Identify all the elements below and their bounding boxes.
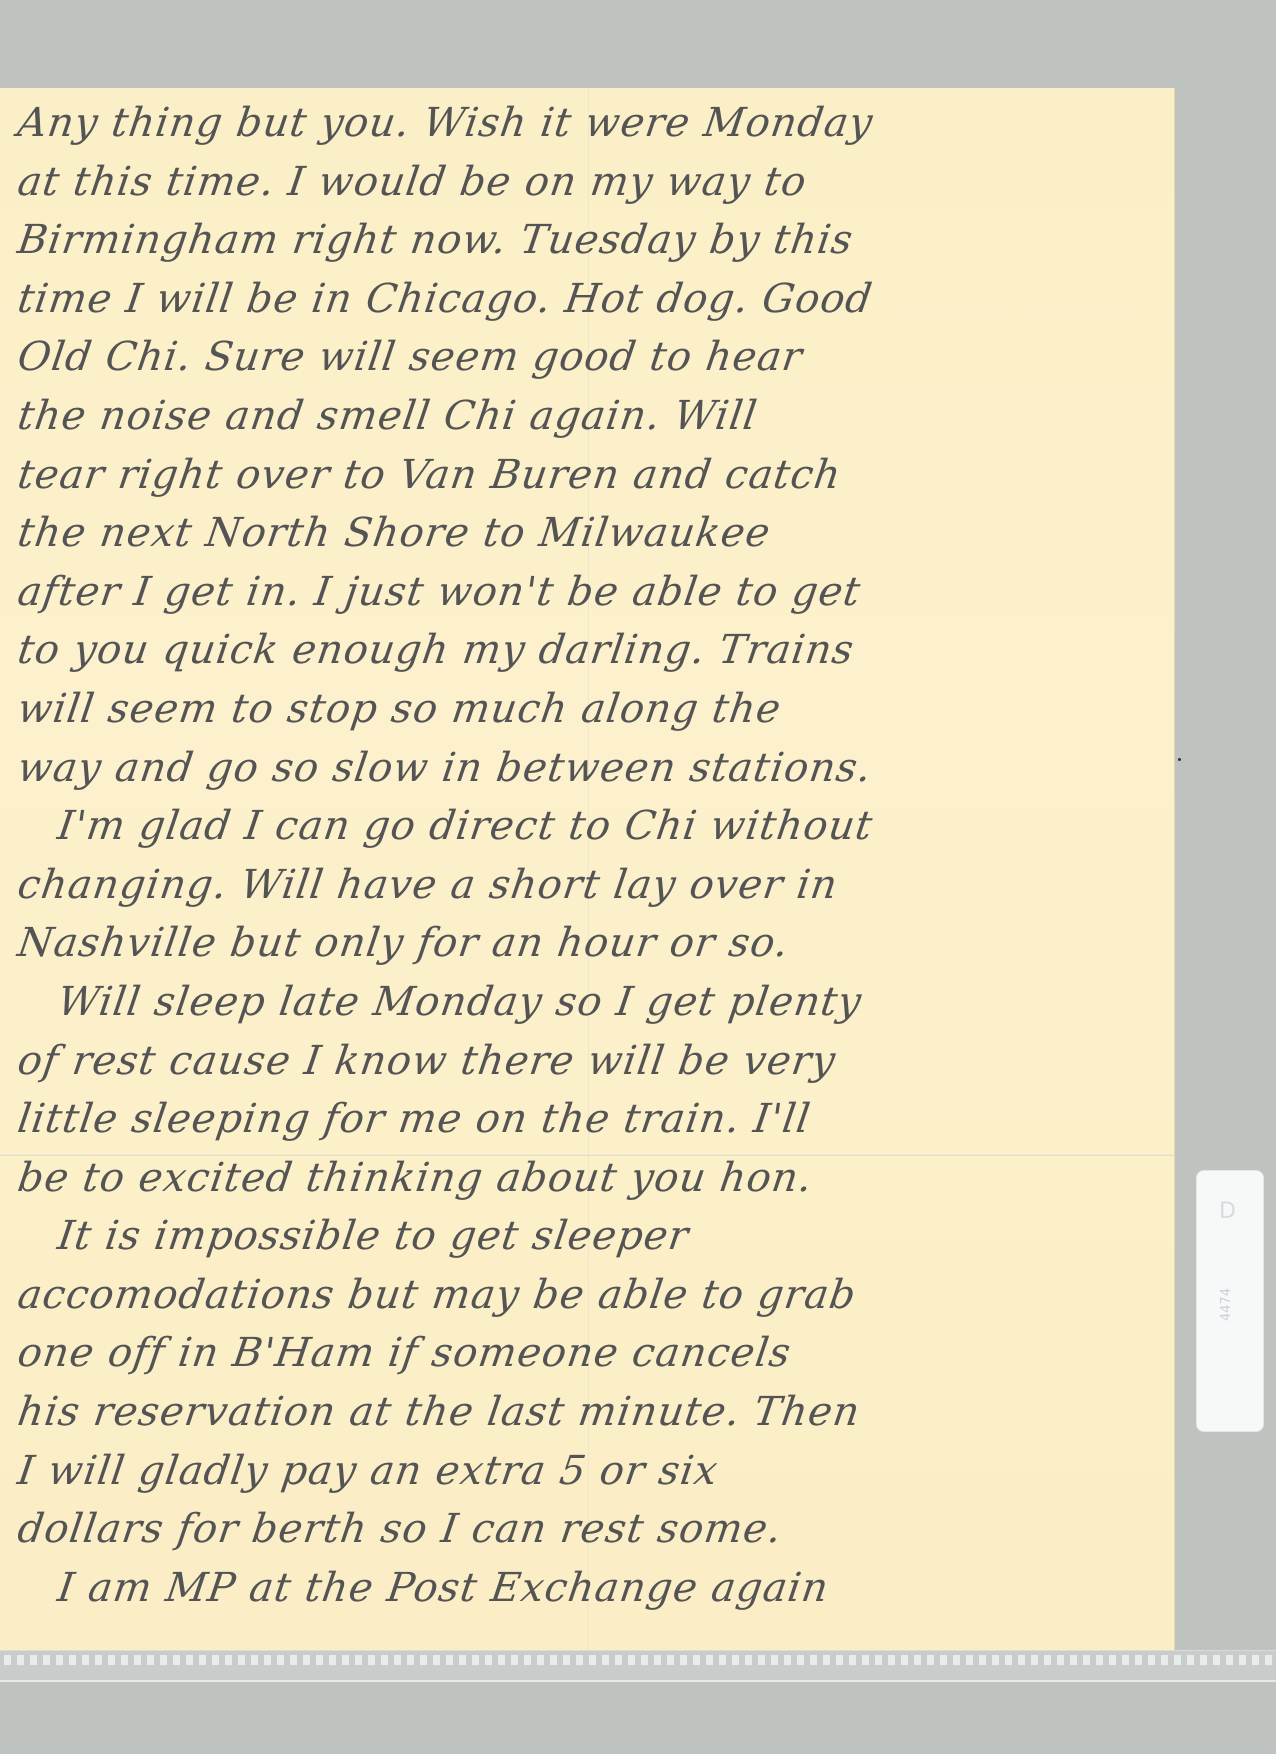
letter-line: way and go so slow in between stations. — [14, 739, 1162, 798]
letter-line: after I get in. I just won't be able to … — [14, 563, 1162, 622]
letter-line: Any thing but you. Wish it were Monday — [14, 94, 1162, 153]
letter-line: accomodations but may be able to grab — [14, 1266, 1162, 1325]
letter-line: of rest cause I know there will be very — [14, 1032, 1162, 1091]
letter-line: dollars for berth so I can rest some. — [14, 1500, 1162, 1559]
letter-line: at this time. I would be on my way to — [14, 153, 1162, 212]
ink-mark — [1178, 758, 1181, 761]
letter-line: time I will be in Chicago. Hot dog. Good — [14, 270, 1162, 329]
letter-line: Birmingham right now. Tuesday by this — [14, 211, 1162, 270]
letter-line: Nashville but only for an hour or so. — [14, 914, 1162, 973]
plastic-sleeve-edge — [0, 1650, 1276, 1681]
letter-line: Will sleep late Monday so I get plenty — [14, 973, 1162, 1032]
handwritten-text: Any thing but you. Wish it were Mondayat… — [18, 94, 1158, 1617]
sleeve-border — [0, 1680, 1276, 1682]
letter-line: be to excited thinking about you hon. — [14, 1149, 1162, 1208]
letter-line: the next North Shore to Milwaukee — [14, 504, 1162, 563]
letter-line: I will gladly pay an extra 5 or six — [14, 1442, 1162, 1501]
letter-line: little sleeping for me on the train. I'l… — [14, 1090, 1162, 1149]
letter-line: Old Chi. Sure will seem good to hear — [14, 328, 1162, 387]
letter-line: to you quick enough my darling. Trains — [14, 621, 1162, 680]
letter-page: Any thing but you. Wish it were Mondayat… — [0, 88, 1174, 1650]
letter-line: tear right over to Van Buren and catch — [14, 446, 1162, 505]
sleeve-perforation — [4, 1655, 1272, 1665]
letter-line: changing. Will have a short lay over in — [14, 856, 1162, 915]
letter-line: the noise and smell Chi again. Will — [14, 387, 1162, 446]
letter-line: I am MP at the Post Exchange again — [14, 1559, 1162, 1618]
letter-line: It is impossible to get sleeper — [14, 1207, 1162, 1266]
letter-line: will seem to stop so much along the — [14, 680, 1162, 739]
archive-label-code: 4474 — [1219, 1288, 1234, 1321]
letter-line: I'm glad I can go direct to Chi without — [14, 797, 1162, 856]
archive-label-letter: D — [1219, 1199, 1236, 1224]
archive-label: D 4474 — [1196, 1170, 1264, 1432]
letter-line: his reservation at the last minute. Then — [14, 1383, 1162, 1442]
letter-line: one off in B'Ham if someone cancels — [14, 1324, 1162, 1383]
